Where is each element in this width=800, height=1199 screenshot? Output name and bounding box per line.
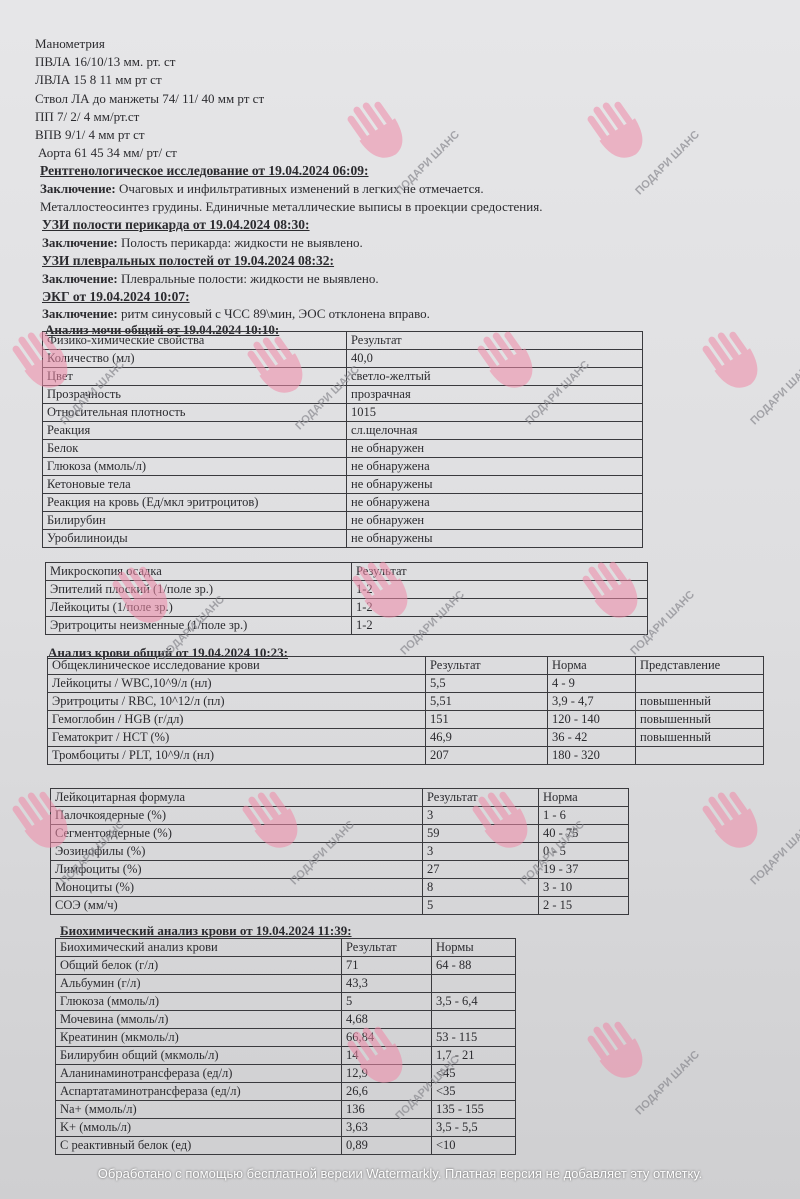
value-cell: 3 - 10 <box>539 879 629 897</box>
value-cell: 3 <box>423 807 539 825</box>
xray-conclusion: Заключение: Очаговых и инфильтративных и… <box>40 181 484 197</box>
table-row: Эритроциты неизменные (1/поле зр.)1-2 <box>46 617 648 635</box>
table-row: Прозрачностьпрозрачная <box>43 386 643 404</box>
column-header: Результат <box>347 332 643 350</box>
manometry-line: Аорта 61 45 34 мм/ рт/ ст <box>38 145 177 161</box>
conclusion-label: Заключение: <box>42 271 118 286</box>
value-cell: 5 <box>423 897 539 915</box>
value-cell: 180 - 320 <box>548 747 636 765</box>
column-header: Микроскопия осадка <box>46 563 352 581</box>
value-cell: не обнаружена <box>347 458 643 476</box>
conclusion-text: Очаговых и инфильтративных изменений в л… <box>119 181 484 196</box>
watermarkly-footer-note: Обработано с помощью бесплатной версии W… <box>0 1166 800 1181</box>
value-cell <box>636 747 764 765</box>
test-name-cell: С реактивный белок (ед) <box>56 1137 342 1155</box>
value-cell: повышенный <box>636 729 764 747</box>
value-cell: 5,5 <box>426 675 548 693</box>
value-cell: не обнаружены <box>347 530 643 548</box>
table-row: Билирубин общий (мкмоль/л)141,7 - 21 <box>56 1047 516 1065</box>
value-cell: 66,84 <box>342 1029 432 1047</box>
value-cell: не обнаружены <box>347 476 643 494</box>
test-name-cell: СОЭ (мм/ч) <box>51 897 423 915</box>
conclusion-text: Полость перикарда: жидкости не выявлено. <box>121 235 363 250</box>
value-cell: 36 - 42 <box>548 729 636 747</box>
test-name-cell: Цвет <box>43 368 347 386</box>
test-name-cell: Относительная плотность <box>43 404 347 422</box>
manometry-line: ЛВЛА 15 8 11 мм рт ст <box>35 72 162 88</box>
test-name-cell: Лимфоциты (%) <box>51 861 423 879</box>
table-row: Глюкоза (ммоль/л)не обнаружена <box>43 458 643 476</box>
value-cell: 1-2 <box>352 617 648 635</box>
table-row: Реакция на кровь (Ед/мкл эритроцитов)не … <box>43 494 643 512</box>
test-name-cell: Гемоглобин / HGB (г/дл) <box>48 711 426 729</box>
value-cell: 4,68 <box>342 1011 432 1029</box>
test-name-cell: Общий белок (г/л) <box>56 957 342 975</box>
table-row: Тромбоциты / PLT, 10^9/л (нл)207180 - 32… <box>48 747 764 765</box>
value-cell: 40,0 <box>347 350 643 368</box>
value-cell: 46,9 <box>426 729 548 747</box>
table-row: Аспартатаминотрансфераза (ед/л)26,6<35 <box>56 1083 516 1101</box>
cbc-table: Общеклиническое исследование кровиРезуль… <box>47 656 764 765</box>
manometry-line: ПВЛА 16/10/13 мм. рт. ст <box>35 54 175 70</box>
manometry-line: ВПВ 9/1/ 4 мм рт ст <box>35 127 145 143</box>
conclusion-label: Заключение: <box>42 235 118 250</box>
hand-watermark-icon <box>700 325 770 395</box>
test-name-cell: Кетоновые тела <box>43 476 347 494</box>
value-cell: 64 - 88 <box>432 957 516 975</box>
test-name-cell: Моноциты (%) <box>51 879 423 897</box>
value-cell: 26,6 <box>342 1083 432 1101</box>
value-cell: 2 - 15 <box>539 897 629 915</box>
xray-conclusion-2: Металлостеосинтез грудины. Единичные мет… <box>40 199 542 215</box>
test-name-cell: K+ (ммоль/л) <box>56 1119 342 1137</box>
scanned-document: Манометрия ПВЛА 16/10/13 мм. рт. ст ЛВЛА… <box>0 0 800 1199</box>
table-row: Реакциясл.щелочная <box>43 422 643 440</box>
column-header: Результат <box>426 657 548 675</box>
test-name-cell: Палочкоядерные (%) <box>51 807 423 825</box>
test-name-cell: Белок <box>43 440 347 458</box>
value-cell: 27 <box>423 861 539 879</box>
conclusion-label: Заключение: <box>42 306 118 321</box>
test-name-cell: Аланинаминотрансфераза (ед/л) <box>56 1065 342 1083</box>
value-cell: 207 <box>426 747 548 765</box>
pleural-us-header: УЗИ плевральных полостей от 19.04.2024 0… <box>42 253 334 269</box>
biochem-header: Биохимический анализ крови от 19.04.2024… <box>60 923 352 939</box>
manometry-title: Манометрия <box>35 36 105 52</box>
table-row: Креатинин (мкмоль/л)66,8453 - 115 <box>56 1029 516 1047</box>
column-header: Норма <box>548 657 636 675</box>
conclusion-label: Заключение: <box>40 181 116 196</box>
value-cell: 5,51 <box>426 693 548 711</box>
value-cell: 43,3 <box>342 975 432 993</box>
table-row: Цветсветло-желтый <box>43 368 643 386</box>
value-cell <box>636 675 764 693</box>
hand-watermark-icon <box>585 1015 655 1085</box>
value-cell: 120 - 140 <box>548 711 636 729</box>
table-header-row: Физико-химические свойстваРезультат <box>43 332 643 350</box>
column-header: Результат <box>352 563 648 581</box>
value-cell: 71 <box>342 957 432 975</box>
table-row: Кетоновые телане обнаружены <box>43 476 643 494</box>
value-cell: сл.щелочная <box>347 422 643 440</box>
value-cell: прозрачная <box>347 386 643 404</box>
value-cell: 3,5 - 5,5 <box>432 1119 516 1137</box>
value-cell: повышенный <box>636 711 764 729</box>
table-row: Гематокрит / HCT (%)46,936 - 42повышенны… <box>48 729 764 747</box>
table-row: Альбумин (г/л)43,3 <box>56 975 516 993</box>
value-cell <box>432 1011 516 1029</box>
table-header-row: Лейкоцитарная формулаРезультатНорма <box>51 789 629 807</box>
table-row: Моноциты (%)83 - 10 <box>51 879 629 897</box>
value-cell: 19 - 37 <box>539 861 629 879</box>
value-cell: 1-2 <box>352 581 648 599</box>
ecg-header: ЭКГ от 19.04.2024 10:07: <box>42 289 190 305</box>
value-cell: 3,63 <box>342 1119 432 1137</box>
value-cell: 1 - 6 <box>539 807 629 825</box>
value-cell: повышенный <box>636 693 764 711</box>
value-cell: <45 <box>432 1065 516 1083</box>
test-name-cell: Эритроциты / RBC, 10^12/л (пл) <box>48 693 426 711</box>
value-cell: <35 <box>432 1083 516 1101</box>
value-cell: 0 - 5 <box>539 843 629 861</box>
value-cell: не обнаружен <box>347 440 643 458</box>
watermark-text: ПОДАРИ ШАНС <box>633 129 702 198</box>
table-row: Относительная плотность1015 <box>43 404 643 422</box>
watermark-text: ПОДАРИ ШАНС <box>633 1049 702 1118</box>
table-row: Мочевина (ммоль/л)4,68 <box>56 1011 516 1029</box>
watermark-text: ПОДАРИ ШАНС <box>748 819 800 888</box>
test-name-cell: Прозрачность <box>43 386 347 404</box>
table-header-row: Биохимический анализ кровиРезультатНормы <box>56 939 516 957</box>
value-cell: 40 - 75 <box>539 825 629 843</box>
test-name-cell: Уробилиноиды <box>43 530 347 548</box>
pleural-us-conclusion: Заключение: Плевральные полости: жидкост… <box>42 271 379 287</box>
table-header-row: Общеклиническое исследование кровиРезуль… <box>48 657 764 675</box>
table-row: Эпителий плоский (1/поле зр.)1-2 <box>46 581 648 599</box>
test-name-cell: Мочевина (ммоль/л) <box>56 1011 342 1029</box>
urine-table: Физико-химические свойстваРезультатКолич… <box>42 331 643 548</box>
value-cell: 4 - 9 <box>548 675 636 693</box>
value-cell: 12,9 <box>342 1065 432 1083</box>
value-cell: не обнаружена <box>347 494 643 512</box>
test-name-cell: Глюкоза (ммоль/л) <box>56 993 342 1011</box>
table-row: Общий белок (г/л)7164 - 88 <box>56 957 516 975</box>
watermark-text: ПОДАРИ ШАНС <box>748 359 800 428</box>
pericardium-us-header: УЗИ полости перикарда от 19.04.2024 08:3… <box>42 217 310 233</box>
value-cell: 5 <box>342 993 432 1011</box>
column-header: Результат <box>423 789 539 807</box>
table-row: Лейкоциты / WBC,10^9/л (нл)5,54 - 9 <box>48 675 764 693</box>
test-name-cell: Эпителий плоский (1/поле зр.) <box>46 581 352 599</box>
column-header: Биохимический анализ крови <box>56 939 342 957</box>
conclusion-text: ритм синусовый с ЧСС 89\мин, ЭОС отклоне… <box>121 306 430 321</box>
value-cell: светло-желтый <box>347 368 643 386</box>
test-name-cell: Креатинин (мкмоль/л) <box>56 1029 342 1047</box>
table-header-row: Микроскопия осадкаРезультат <box>46 563 648 581</box>
value-cell: 3,9 - 4,7 <box>548 693 636 711</box>
test-name-cell: Na+ (ммоль/л) <box>56 1101 342 1119</box>
table-row: Глюкоза (ммоль/л)53,5 - 6,4 <box>56 993 516 1011</box>
value-cell: 53 - 115 <box>432 1029 516 1047</box>
table-row: Эритроциты / RBC, 10^12/л (пл)5,513,9 - … <box>48 693 764 711</box>
test-name-cell: Эозинофилы (%) <box>51 843 423 861</box>
test-name-cell: Билирубин <box>43 512 347 530</box>
value-cell <box>432 975 516 993</box>
table-row: Лимфоциты (%)2719 - 37 <box>51 861 629 879</box>
test-name-cell: Реакция на кровь (Ед/мкл эритроцитов) <box>43 494 347 512</box>
value-cell: 3,5 - 6,4 <box>432 993 516 1011</box>
table-row: K+ (ммоль/л)3,633,5 - 5,5 <box>56 1119 516 1137</box>
test-name-cell: Аспартатаминотрансфераза (ед/л) <box>56 1083 342 1101</box>
column-header: Нормы <box>432 939 516 957</box>
conclusion-text: Плевральные полости: жидкости не выявлен… <box>121 271 379 286</box>
table-row: СОЭ (мм/ч)52 - 15 <box>51 897 629 915</box>
table-row: Na+ (ммоль/л)136135 - 155 <box>56 1101 516 1119</box>
value-cell: 136 <box>342 1101 432 1119</box>
table-row: Белокне обнаружен <box>43 440 643 458</box>
table-row: Аланинаминотрансфераза (ед/л)12,9<45 <box>56 1065 516 1083</box>
sediment-table: Микроскопия осадкаРезультатЭпителий плос… <box>45 562 648 635</box>
value-cell: не обнаружен <box>347 512 643 530</box>
biochem-table: Биохимический анализ кровиРезультатНормы… <box>55 938 516 1155</box>
manometry-line: ПП 7/ 2/ 4 мм/рт.ст <box>35 109 139 125</box>
test-name-cell: Глюкоза (ммоль/л) <box>43 458 347 476</box>
value-cell: 135 - 155 <box>432 1101 516 1119</box>
column-header: Представление <box>636 657 764 675</box>
table-row: С реактивный белок (ед)0,89<10 <box>56 1137 516 1155</box>
table-row: Палочкоядерные (%)31 - 6 <box>51 807 629 825</box>
test-name-cell: Эритроциты неизменные (1/поле зр.) <box>46 617 352 635</box>
table-row: Количество (мл)40,0 <box>43 350 643 368</box>
test-name-cell: Количество (мл) <box>43 350 347 368</box>
column-header: Норма <box>539 789 629 807</box>
value-cell: 59 <box>423 825 539 843</box>
table-row: Лейкоциты (1/поле зр.)1-2 <box>46 599 648 617</box>
column-header: Физико-химические свойства <box>43 332 347 350</box>
leukoformula-table: Лейкоцитарная формулаРезультатНормаПалоч… <box>50 788 629 915</box>
table-row: Уробилиноидыне обнаружены <box>43 530 643 548</box>
table-row: Эозинофилы (%)30 - 5 <box>51 843 629 861</box>
value-cell: 1,7 - 21 <box>432 1047 516 1065</box>
pericardium-us-conclusion: Заключение: Полость перикарда: жидкости … <box>42 235 363 251</box>
test-name-cell: Сегментоядерные (%) <box>51 825 423 843</box>
value-cell: 14 <box>342 1047 432 1065</box>
table-row: Сегментоядерные (%)5940 - 75 <box>51 825 629 843</box>
value-cell: 8 <box>423 879 539 897</box>
manometry-line: Ствол ЛА до манжеты 74/ 11/ 40 мм рт ст <box>35 91 264 107</box>
table-row: Гемоглобин / HGB (г/дл)151120 - 140повыш… <box>48 711 764 729</box>
value-cell: 1-2 <box>352 599 648 617</box>
test-name-cell: Реакция <box>43 422 347 440</box>
value-cell: 151 <box>426 711 548 729</box>
test-name-cell: Билирубин общий (мкмоль/л) <box>56 1047 342 1065</box>
ecg-conclusion: Заключение: ритм синусовый с ЧСС 89\мин,… <box>42 306 430 322</box>
value-cell: 1015 <box>347 404 643 422</box>
test-name-cell: Альбумин (г/л) <box>56 975 342 993</box>
xray-header: Рентгенологическое исследование от 19.04… <box>40 163 369 179</box>
column-header: Лейкоцитарная формула <box>51 789 423 807</box>
test-name-cell: Лейкоциты (1/поле зр.) <box>46 599 352 617</box>
test-name-cell: Гематокрит / HCT (%) <box>48 729 426 747</box>
table-row: Билирубинне обнаружен <box>43 512 643 530</box>
value-cell: 3 <box>423 843 539 861</box>
test-name-cell: Тромбоциты / PLT, 10^9/л (нл) <box>48 747 426 765</box>
value-cell: <10 <box>432 1137 516 1155</box>
column-header: Общеклиническое исследование крови <box>48 657 426 675</box>
hand-watermark-icon <box>700 785 770 855</box>
value-cell: 0,89 <box>342 1137 432 1155</box>
test-name-cell: Лейкоциты / WBC,10^9/л (нл) <box>48 675 426 693</box>
hand-watermark-icon <box>585 95 655 165</box>
column-header: Результат <box>342 939 432 957</box>
hand-watermark-icon <box>345 95 415 165</box>
